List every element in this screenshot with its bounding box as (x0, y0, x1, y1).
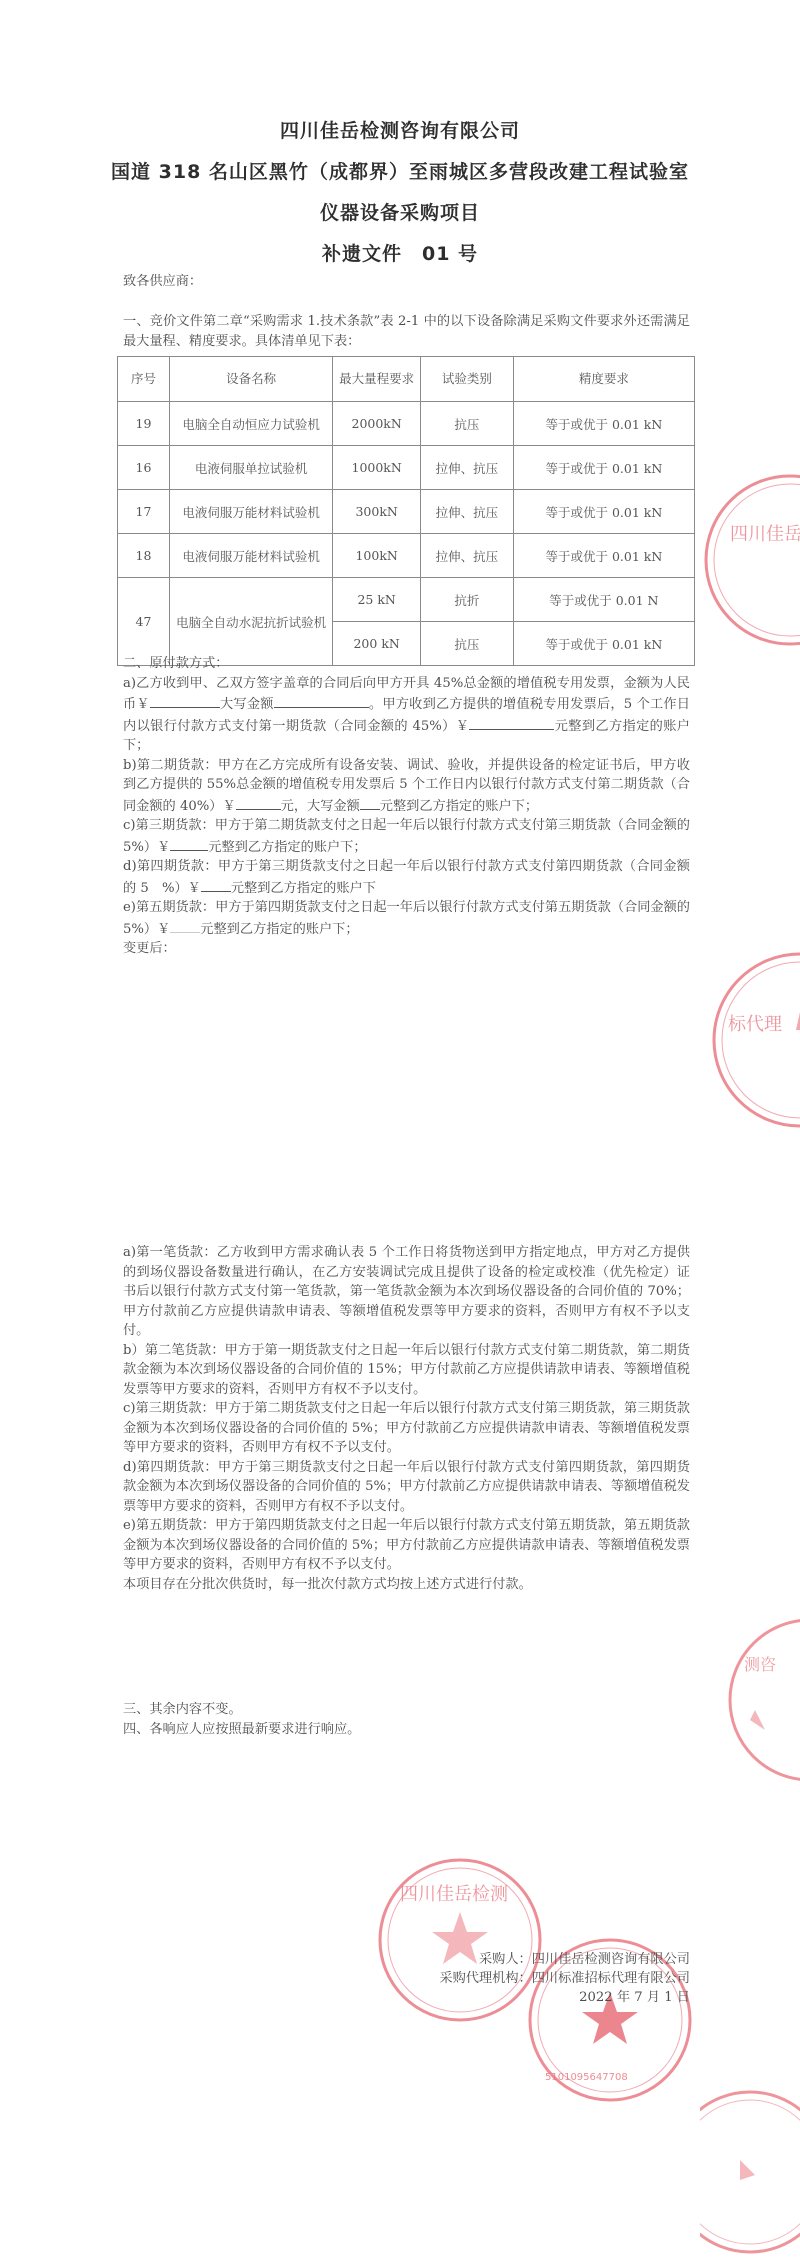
table-row: 17 电液伺服万能材料试验机 300kN 拉伸、抗压 等于或优于 0.01 kN (118, 490, 695, 534)
section-2-heading: 二、原付款方式： (123, 654, 690, 674)
cell-no: 16 (118, 446, 170, 490)
blank-field (201, 877, 231, 892)
payment-clause-a: a)乙方收到甲、乙双方签字盖章的合同后向甲方开具 45%总金额的增值税专用发票，… (123, 674, 690, 756)
changed-clause-e: e)第五期货款：甲方于第四期货款支付之日起一年后以银行付款方式支付第五期货款，第… (123, 1516, 690, 1575)
cell-type: 抗压 (421, 402, 514, 446)
project-title-line2: 仪器设备采购项目 (0, 198, 800, 225)
cell-no: 18 (118, 534, 170, 578)
table-row: 18 电液伺服万能材料试验机 100kN 拉伸、抗压 等于或优于 0.01 kN (118, 534, 695, 578)
section-2-changed-payment: a)第一笔货款：乙方收到甲方需求确认表 5 个工作日将货物送到甲方指定地点，甲方… (123, 1243, 690, 1594)
cell-precision: 等于或优于 0.01 kN (513, 490, 694, 534)
cell-name: 电液伺服万能材料试验机 (169, 534, 332, 578)
cell-no: 47 (118, 578, 170, 666)
signature-block: 采购人：四川佳岳检测咨询有限公司 采购代理机构：四川标准招标代理有限公司 202… (439, 1950, 690, 2007)
header-range: 最大量程要求 (333, 357, 421, 402)
svg-text:标代理: 标代理 (728, 1014, 782, 1035)
blank-field (236, 795, 281, 810)
batch-payment-note: 本项目存在分批次供货时，每一批次付款方式均按上述方式进行付款。 (123, 1575, 690, 1595)
blank-field (170, 836, 208, 851)
purchaser-signature: 采购人：四川佳岳检测咨询有限公司 (439, 1950, 690, 1969)
cell-range: 25 kN (333, 578, 421, 622)
agency-seal-icon: 标代理 (700, 940, 800, 1140)
table-row: 16 电液伺服单拉试验机 1000kN 拉伸、抗压 等于或优于 0.01 kN (118, 446, 695, 490)
cell-no: 17 (118, 490, 170, 534)
blank-field (150, 693, 220, 708)
document-number-title: 补遗文件 01 号 (0, 239, 800, 266)
blank-field (274, 693, 369, 708)
cell-precision: 等于或优于 0.01 kN (513, 446, 694, 490)
section-3-4: 三、其余内容不变。 四、各响应人应按照最新要求进行响应。 (123, 1700, 690, 1739)
blank-field (360, 795, 380, 810)
cell-name: 电脑全自动水泥抗折试验机 (169, 578, 332, 666)
cell-name: 电脑全自动恒应力试验机 (169, 402, 332, 446)
payment-clause-b: b)第二期货款：甲方在乙方完成所有设备安装、调试、验收，并提供设备的检定证书后，… (123, 756, 690, 817)
payment-clause-d: d)第四期货款：甲方于第三期货款支付之日起一年后以银行付款方式支付第四期货款（合… (123, 857, 690, 898)
header-type: 试验类别 (421, 357, 514, 402)
project-title-line1: 国道 318 名山区黑竹（成都界）至雨城区多营段改建工程试验室 (0, 157, 800, 184)
cell-type: 拉伸、抗压 (421, 446, 514, 490)
signature-date: 2022 年 7 月 1 日 (439, 1988, 690, 2007)
table-row: 19 电脑全自动恒应力试验机 2000kN 抗压 等于或优于 0.01 kN (118, 402, 695, 446)
agency-seal-icon (700, 2080, 800, 2264)
svg-text:四川佳岳: 四川佳岳 (730, 524, 800, 545)
agency-signature: 采购代理机构：四川标准招标代理有限公司 (439, 1969, 690, 1988)
blank-field (469, 715, 554, 730)
document-page: 四川佳岳检测咨询有限公司 国道 318 名山区黑竹（成都界）至雨城区多营段改建工… (0, 0, 800, 2264)
cell-type: 拉伸、抗压 (421, 490, 514, 534)
cell-range: 1000kN (333, 446, 421, 490)
payment-clause-c: c)第三期货款：甲方于第二期货款支付之日起一年后以银行付款方式支付第三期货款（合… (123, 816, 690, 857)
changed-clause-a: a)第一笔货款：乙方收到甲方需求确认表 5 个工作日将货物送到甲方指定地点，甲方… (123, 1243, 690, 1341)
table-header-row: 序号 设备名称 最大量程要求 试验类别 精度要求 (118, 357, 695, 402)
cell-no: 19 (118, 402, 170, 446)
table-row: 47 电脑全自动水泥抗折试验机 25 kN 抗折 等于或优于 0.01 N (118, 578, 695, 622)
purchaser-seal-icon: 测咨 (720, 1610, 800, 1790)
purchaser-seal-icon: 四川佳岳 (700, 470, 800, 650)
cell-precision: 等于或优于 0.01 kN (513, 402, 694, 446)
changed-clause-d: d)第四期货款：甲方于第三期货款支付之日起一年后以银行付款方式支付第四期货款，第… (123, 1458, 690, 1517)
section-4-text: 四、各响应人应按照最新要求进行响应。 (123, 1720, 690, 1740)
changed-clause-c: c)第三期货款：甲方于第二期货款支付之日起一年后以银行付款方式支付第三期货款，第… (123, 1399, 690, 1458)
cell-range: 100kN (333, 534, 421, 578)
svg-text:四川佳岳检测: 四川佳岳检测 (400, 1884, 508, 1905)
header-name: 设备名称 (169, 357, 332, 402)
blank-field (170, 918, 200, 933)
equipment-spec-table: 序号 设备名称 最大量程要求 试验类别 精度要求 19 电脑全自动恒应力试验机 … (117, 356, 695, 666)
header-no: 序号 (118, 357, 170, 402)
cell-name: 电液伺服单拉试验机 (169, 446, 332, 490)
cell-range: 300kN (333, 490, 421, 534)
cell-name: 电液伺服万能材料试验机 (169, 490, 332, 534)
cell-precision: 等于或优于 0.01 kN (513, 534, 694, 578)
section-3-text: 三、其余内容不变。 (123, 1700, 690, 1720)
changed-label: 变更后： (123, 939, 690, 959)
greeting: 致各供应商： (123, 272, 690, 292)
cell-type: 抗折 (421, 578, 514, 622)
svg-text:测咨: 测咨 (744, 1655, 776, 1674)
cell-type: 拉伸、抗压 (421, 534, 514, 578)
header-precision: 精度要求 (513, 357, 694, 402)
changed-clause-b: b）第二笔货款：甲方于第一期货款支付之日起一年后以银行付款方式支付第二期货款，第… (123, 1341, 690, 1400)
section-2-original-payment: 二、原付款方式： a)乙方收到甲、乙双方签字盖章的合同后向甲方开具 45%总金额… (123, 654, 690, 959)
svg-text:5101095647708: 5101095647708 (545, 2072, 628, 2083)
cell-precision: 等于或优于 0.01 N (513, 578, 694, 622)
section-1-text: 一、竞价文件第二章“采购需求 1.技术条款”表 2-1 中的以下设备除满足采购文… (123, 312, 690, 351)
company-title: 四川佳岳检测咨询有限公司 (0, 116, 800, 143)
cell-range: 2000kN (333, 402, 421, 446)
payment-clause-e: e)第五期货款：甲方于第四期货款支付之日起一年后以银行付款方式支付第五期货款（合… (123, 898, 690, 939)
